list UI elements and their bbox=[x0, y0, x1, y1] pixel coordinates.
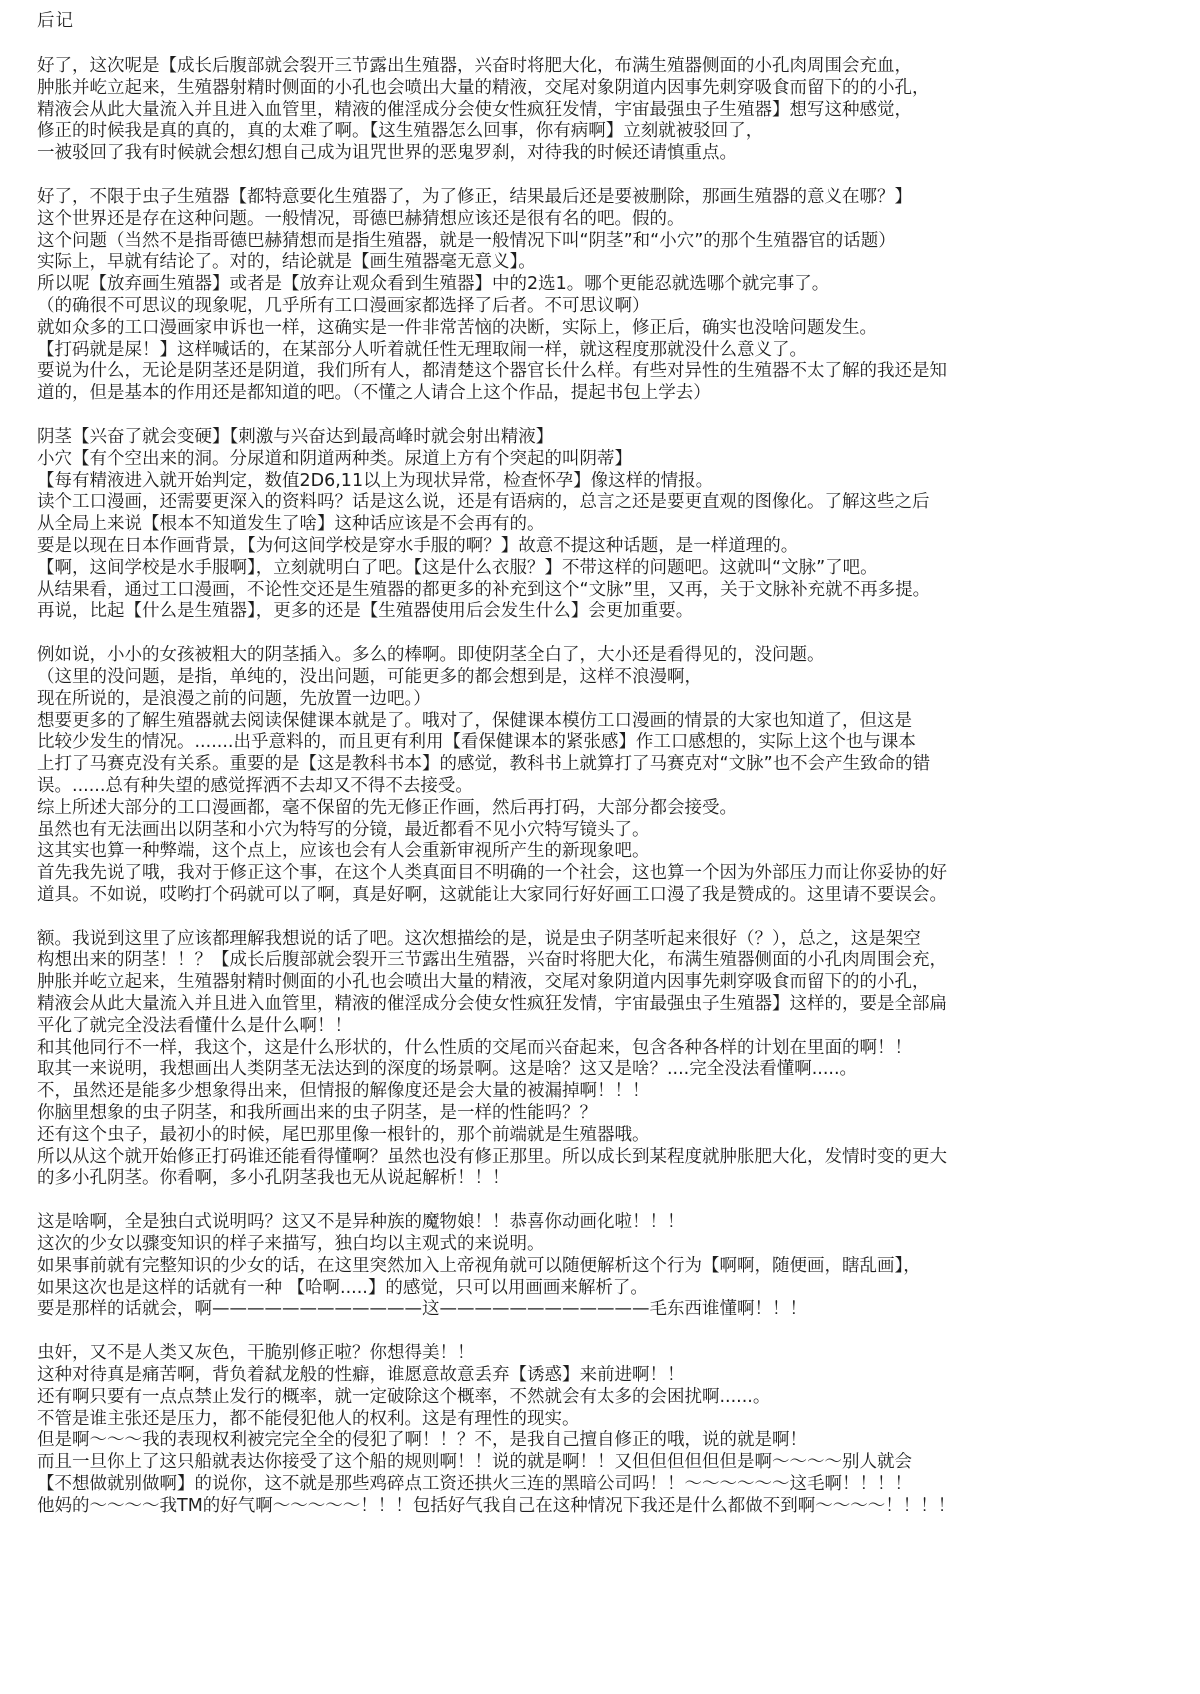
text-line: 一被驳回了我有时候就会想幻想自己成为诅咒世界的恶鬼罗刹，对待我的时候还请慎重点。 bbox=[37, 143, 1170, 165]
text-line: 所以从这个就开始修正打码谁还能看得懂啊？虽然也没有修正那里。所以成长到某程度就肿… bbox=[37, 1147, 1170, 1169]
text-line: 构想出来的阴茎！！？【成长后腹部就会裂开三节露出生殖器，兴奋时将肥大化，布满生殖… bbox=[37, 950, 1170, 972]
paragraph: 额。我说到这里了应该都理解我想说的话了吧。这次想描绘的是，说是虫子阴茎听起来很好… bbox=[37, 929, 1170, 1191]
text-line: 肿胀并屹立起来，生殖器射精时侧面的小孔也会喷出大量的精液，交尾对象阴道内因事先刺… bbox=[37, 78, 1170, 100]
text-line: 如果这次也是这样的话就有一种 【哈啊.....】的感觉，只可以用画画来解析了。 bbox=[37, 1278, 1170, 1300]
text-line: 精液会从此大量流入并且进入血管里，精液的催淫成分会使女性疯狂发情，宇宙最强虫子生… bbox=[37, 994, 1170, 1016]
text-line: 就如众多的工口漫画家申诉也一样，这确实是一件非常苦恼的决断，实际上，修正后，确实… bbox=[37, 318, 1170, 340]
text-line: 虽然也有无法画出以阴茎和小穴为特写的分镜，最近都看不见小穴特写镜头了。 bbox=[37, 820, 1170, 842]
text-line: 不管是谁主张还是压力，都不能侵犯他人的权利。这是有理性的现实。 bbox=[37, 1409, 1170, 1431]
text-line: 比较少发生的情况。.......出乎意料的，而且更有利用【看保健课本的紧张感】作… bbox=[37, 732, 1170, 754]
text-line: 例如说，小小的女孩被粗大的阴茎插入。多么的棒啊。即使阴茎全白了，大小还是看得见的… bbox=[37, 645, 1170, 667]
text-line: 精液会从此大量流入并且进入血管里，精液的催淫成分会使女性疯狂发情，宇宙最强虫子生… bbox=[37, 100, 1170, 122]
text-line: 综上所述大部分的工口漫画都，毫不保留的先无修正作画，然后再打码，大部分都会接受。 bbox=[37, 798, 1170, 820]
text-line: 取其一来说明，我想画出人类阴茎无法达到的深度的场景啊。这是啥？这又是啥？....… bbox=[37, 1059, 1170, 1081]
text-line: 如果事前就有完整知识的少女的话，在这里突然加入上帝视角就可以随便解析这个行为【啊… bbox=[37, 1256, 1170, 1278]
text-line: 这种对待真是痛苦啊，背负着弑龙般的性癖，谁愿意故意丢弃【诱惑】来前进啊！！ bbox=[37, 1365, 1170, 1387]
text-line: 要说为什么，无论是阴茎还是阴道，我们所有人，都清楚这个器官长什么样。有些对异性的… bbox=[37, 361, 1170, 383]
text-line: 小穴【有个空出来的洞。分尿道和阴道两种类。尿道上方有个突起的叫阴蒂】 bbox=[37, 449, 1170, 471]
text-line: 额。我说到这里了应该都理解我想说的话了吧。这次想描绘的是，说是虫子阴茎听起来很好… bbox=[37, 929, 1170, 951]
text-line: 你脑里想象的虫子阴茎，和我所画出来的虫子阴茎，是一样的性能吗？？ bbox=[37, 1103, 1170, 1125]
text-line: 道的，但是基本的作用还是都知道的吧。（不懂之人请合上这个作品，提起书包上学去） bbox=[37, 383, 1170, 405]
text-line: 和其他同行不一样，我这个，这是什么形状的，什么性质的交尾而兴奋起来，包含各种各样… bbox=[37, 1038, 1170, 1060]
text-line: 再说，比起【什么是生殖器】，更多的还是【生殖器使用后会发生什么】会更加重要。 bbox=[37, 601, 1170, 623]
text-line: 实际上，早就有结论了。对的，结论就是【画生殖器毫无意义】。 bbox=[37, 252, 1170, 274]
page-title: 后记 bbox=[37, 10, 1170, 32]
text-line: 的多小孔阴茎。你看啊，多小孔阴茎我也无从说起解析！！！ bbox=[37, 1168, 1170, 1190]
text-line: 首先我先说了哦，我对于修正这个事，在这个人类真面目不明确的一个社会，这也算一个因… bbox=[37, 863, 1170, 885]
text-line: 这个世界还是存在这种问题。一般情况，哥德巴赫猜想应该还是很有名的吧。假的。 bbox=[37, 209, 1170, 231]
text-line: 肿胀并屹立起来，生殖器射精时侧面的小孔也会喷出大量的精液，交尾对象阴道内因事先刺… bbox=[37, 972, 1170, 994]
text-line: 读个工口漫画，还需要更深入的资料吗？话是这么说，还是有语病的，总言之还是要更直观… bbox=[37, 492, 1170, 514]
text-line: 要是以现在日本作画背景，【为何这间学校是穿水手服的啊？】故意不提这种话题，是一样… bbox=[37, 536, 1170, 558]
paragraph: 例如说，小小的女孩被粗大的阴茎插入。多么的棒啊。即使阴茎全白了，大小还是看得见的… bbox=[37, 645, 1170, 907]
text-line: 修正的时候我是真的真的，真的太难了啊。【这生殖器怎么回事，你有病啊】立刻就被驳回… bbox=[37, 121, 1170, 143]
text-line: 这其实也算一种弊端，这个点上，应该也会有人会重新审视所产生的新现象吧。 bbox=[37, 841, 1170, 863]
paragraph: 阴茎【兴奋了就会变硬】【刺激与兴奋达到最高峰时就会射出精液】小穴【有个空出来的洞… bbox=[37, 427, 1170, 623]
text-line: 虫奸，又不是人类又灰色，干脆别修正啦？你想得美！！ bbox=[37, 1343, 1170, 1365]
text-line: 所以呢【放弃画生殖器】或者是【放弃让观众看到生殖器】中的2选1。哪个更能忍就选哪… bbox=[37, 274, 1170, 296]
text-line: 误。......总有种失望的感觉挥洒不去却又不得不去接受。 bbox=[37, 776, 1170, 798]
text-line: 从结果看，通过工口漫画，不论性交还是生殖器的都更多的补充到这个“文脉”里，又再，… bbox=[37, 580, 1170, 602]
text-line: 这次的少女以骤变知识的样子来描写，独白均以主观式的来说明。 bbox=[37, 1234, 1170, 1256]
text-line: 【不想做就别做啊】的说你，这不就是那些鸡碎点工资还拱火三连的黑暗公司吗！！～～～… bbox=[37, 1474, 1170, 1496]
paragraph: 好了，不限于虫子生殖器【都特意要化生殖器了，为了修正，结果最后还是要被删除，那画… bbox=[37, 187, 1170, 405]
text-line: 这是啥啊，全是独白式说明吗？这又不是异种族的魔物娘！！恭喜你动画化啦！！！ bbox=[37, 1212, 1170, 1234]
text-line: （的确很不可思议的现象呢，几乎所有工口漫画家都选择了后者。不可思议啊） bbox=[37, 296, 1170, 318]
text-line: 从全局上来说【根本不知道发生了啥】这种话应该是不会再有的。 bbox=[37, 514, 1170, 536]
text-line: 不，虽然还是能多少想象得出来，但情报的解像度还是会大量的被漏掉啊！！！ bbox=[37, 1081, 1170, 1103]
text-line: 阴茎【兴奋了就会变硬】【刺激与兴奋达到最高峰时就会射出精液】 bbox=[37, 427, 1170, 449]
text-line: 上打了马赛克没有关系。重要的是【这是教科书本】的感觉，教科书上就算打了马赛克对“… bbox=[37, 754, 1170, 776]
paragraph: 好了，这次呢是【成长后腹部就会裂开三节露出生殖器，兴奋时将肥大化，布满生殖器侧面… bbox=[37, 56, 1170, 165]
text-line: 道具。不如说，哎哟打个码就可以了啊，真是好啊，这就能让大家同行好好画工口漫了我是… bbox=[37, 885, 1170, 907]
text-line: 但是啊～～～我的表现权利被完完全全的侵犯了啊！！？不，是我自己擅自修正的哦，说的… bbox=[37, 1430, 1170, 1452]
text-line: 【每有精液进入就开始判定，数值2D6,11以上为现状异常，检查怀孕】像这样的情报… bbox=[37, 471, 1170, 493]
text-line: 【打码就是屎！】这样喊话的，在某部分人听着就任性无理取闹一样，就这程度那就没什么… bbox=[37, 340, 1170, 362]
paragraph: 虫奸，又不是人类又灰色，干脆别修正啦？你想得美！！这种对待真是痛苦啊，背负着弑龙… bbox=[37, 1343, 1170, 1517]
afterword-document: 后记 好了，这次呢是【成长后腹部就会裂开三节露出生殖器，兴奋时将肥大化，布满生殖… bbox=[0, 0, 1200, 1518]
text-line: 【啊，这间学校是水手服啊】，立刻就明白了吧。【这是什么衣服？】不带这样的问题吧。… bbox=[37, 558, 1170, 580]
text-line: 还有啊只要有一点点禁止发行的概率，就一定破除这个概率，不然就会有太多的会困扰啊.… bbox=[37, 1387, 1170, 1409]
afterword-body: 好了，这次呢是【成长后腹部就会裂开三节露出生殖器，兴奋时将肥大化，布满生殖器侧面… bbox=[37, 56, 1170, 1518]
text-line: （这里的没问题，是指，单纯的，没出问题，可能更多的都会想到是，这样不浪漫啊， bbox=[37, 667, 1170, 689]
text-line: 好了，这次呢是【成长后腹部就会裂开三节露出生殖器，兴奋时将肥大化，布满生殖器侧面… bbox=[37, 56, 1170, 78]
paragraph: 这是啥啊，全是独白式说明吗？这又不是异种族的魔物娘！！恭喜你动画化啦！！！这次的… bbox=[37, 1212, 1170, 1321]
text-line: 他妈的～～～～我TM的好气啊～～～～～！！！包括好气我自己在这种情况下我还是什么… bbox=[37, 1496, 1170, 1518]
text-line: 平化了就完全没法看懂什么是什么啊！！ bbox=[37, 1016, 1170, 1038]
afterword-page: { "page": { "title": "后记", "text_color":… bbox=[0, 0, 1200, 1694]
text-line: 而且一旦你上了这只船就表达你接受了这个船的规则啊！！说的就是啊！！又但但但但但但… bbox=[37, 1452, 1170, 1474]
text-line: 还有这个虫子，最初小的时候，尾巴那里像一根针的，那个前端就是生殖器哦。 bbox=[37, 1125, 1170, 1147]
text-line: 好了，不限于虫子生殖器【都特意要化生殖器了，为了修正，结果最后还是要被删除，那画… bbox=[37, 187, 1170, 209]
text-line: 现在所说的，是浪漫之前的问题，先放置一边吧。） bbox=[37, 689, 1170, 711]
text-line: 这个问题（当然不是指哥德巴赫猜想而是指生殖器，就是一般情况下叫“阴茎”和“小穴”… bbox=[37, 231, 1170, 253]
text-line: 想要更多的了解生殖器就去阅读保健课本就是了。哦对了，保健课本模仿工口漫画的情景的… bbox=[37, 711, 1170, 733]
text-line: 要是那样的话就会，啊————————————这————————————毛东西谁懂… bbox=[37, 1299, 1170, 1321]
